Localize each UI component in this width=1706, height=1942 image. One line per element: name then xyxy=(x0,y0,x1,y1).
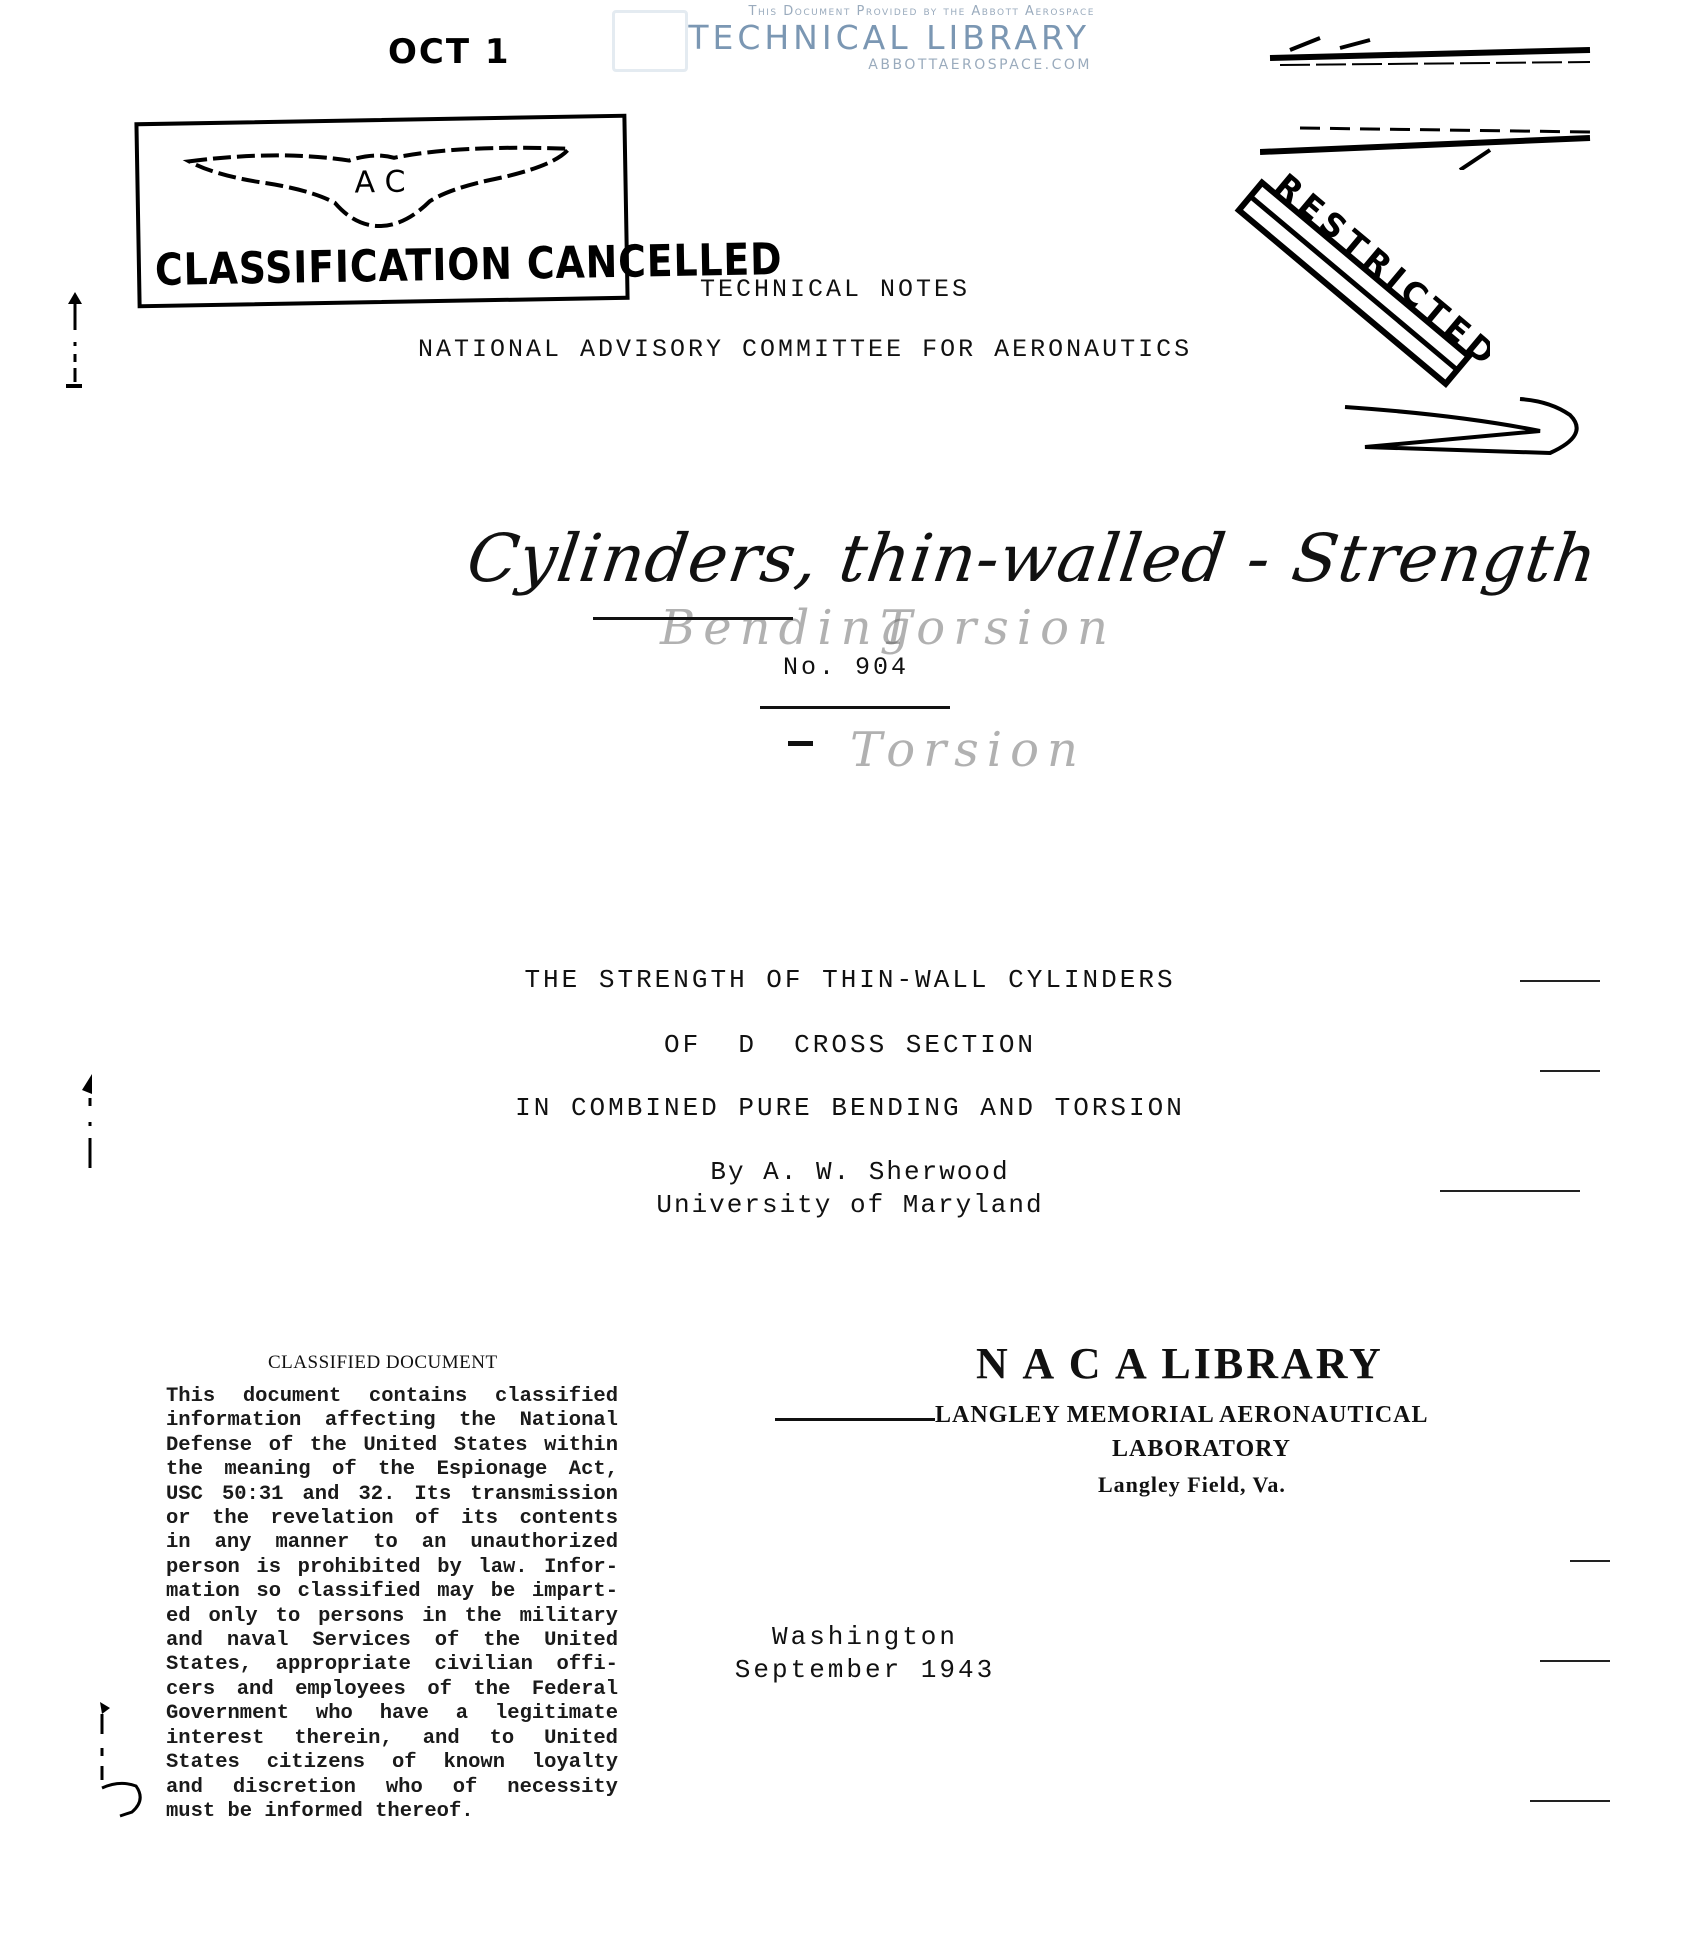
scan-noise xyxy=(1570,1560,1610,1562)
handwritten-sub-3: Torsion xyxy=(880,600,1116,656)
emblem-letters: A C xyxy=(354,165,406,201)
notice-line: or the revelation of its contents xyxy=(166,1507,618,1531)
series-heading: TECHNICAL NOTES xyxy=(700,275,1706,304)
notice-line: in any manner to an unauthorized xyxy=(166,1531,618,1555)
margin-hook-mark xyxy=(80,1690,150,1820)
scan-noise xyxy=(1540,1070,1600,1072)
handwritten-sub-2: Torsion xyxy=(850,722,1086,778)
rule-above-number xyxy=(593,617,793,620)
pen-scribble xyxy=(1340,395,1590,465)
notice-line: must be informed thereof. xyxy=(166,1800,618,1824)
date-stamp: OCT 1 xyxy=(388,32,511,72)
classified-heading: CLASSIFIED DOCUMENT xyxy=(268,1352,498,1374)
margin-arrow-mark xyxy=(60,290,90,390)
author-byline: By A. W. Sherwood xyxy=(600,1157,1120,1187)
notice-line: States, appropriate civilian offi- xyxy=(166,1653,618,1677)
notice-line: This document contains classified xyxy=(166,1385,618,1409)
winged-emblem-icon: A C xyxy=(159,126,601,234)
crossed-out-annotations xyxy=(1260,20,1600,170)
scan-noise xyxy=(1540,1660,1610,1662)
library-stamp-title: N A C A LIBRARY xyxy=(976,1338,1436,1389)
classification-cancelled-stamp: A C CLASSIFICATION CANCELLED xyxy=(134,114,629,309)
margin-arrow-mark xyxy=(78,1072,108,1172)
scan-noise xyxy=(1520,980,1600,982)
classified-notice-body: This document contains classified inform… xyxy=(166,1385,618,1824)
watermark-provided-by: This Document Provided by the Abbott Aer… xyxy=(585,4,1095,19)
dash-mark xyxy=(788,741,813,746)
watermark-library-title: TECHNICAL LIBRARY xyxy=(620,18,1090,57)
notice-line: mation so classified may be impart- xyxy=(166,1580,618,1604)
notice-line: Government who have a legitimate xyxy=(166,1702,618,1726)
notice-line: and naval Services of the United xyxy=(166,1629,618,1653)
imprint-date: September 1943 xyxy=(700,1655,1030,1685)
title-line-2: OF D CROSS SECTION xyxy=(350,1030,1350,1060)
notice-line: cers and employees of the Federal xyxy=(166,1678,618,1702)
notice-line: States citizens of known loyalty xyxy=(166,1751,618,1775)
library-stamp-line-2: LABORATORY xyxy=(1112,1436,1291,1463)
notice-line: interest therein, and to United xyxy=(166,1727,618,1751)
organization-heading: NATIONAL ADVISORY COMMITTEE FOR AERONAUT… xyxy=(418,335,1192,364)
scan-noise xyxy=(1530,1800,1610,1802)
handwritten-subject: Cylinders, thin-walled - Strength xyxy=(463,520,1603,597)
title-line-3: IN COMBINED PURE BENDING AND TORSION xyxy=(350,1093,1350,1123)
note-number: No. 904 xyxy=(783,653,909,682)
imprint-place: Washington xyxy=(700,1622,1030,1652)
notice-line: the meaning of the Espionage Act, xyxy=(166,1458,618,1482)
library-stamp-line-1: LANGLEY MEMORIAL AERONAUTICAL xyxy=(935,1402,1429,1429)
notice-line: and discretion who of necessity xyxy=(166,1776,618,1800)
notice-line: Defense of the United States within xyxy=(166,1434,618,1458)
notice-line: person is prohibited by law. Infor- xyxy=(166,1556,618,1580)
author-affiliation: University of Maryland xyxy=(570,1190,1130,1220)
restricted-text: RESTRICTED xyxy=(1267,170,1490,376)
watermark-url: ABBOTTAEROSPACE.COM xyxy=(700,57,1092,73)
scan-noise xyxy=(1440,1190,1580,1192)
library-stamp-line-3: Langley Field, Va. xyxy=(1098,1472,1286,1498)
title-line-1: THE STRENGTH OF THIN-WALL CYLINDERS xyxy=(350,965,1350,995)
library-stamp-rule xyxy=(775,1418,935,1421)
notice-line: information affecting the National xyxy=(166,1409,618,1433)
notice-line: USC 50:31 and 32. Its transmission xyxy=(166,1483,618,1507)
rule-below-number xyxy=(760,706,950,709)
classification-status: CLASSIFICATION CANCELLED xyxy=(155,238,548,296)
notice-line: ed only to persons in the military xyxy=(166,1605,618,1629)
